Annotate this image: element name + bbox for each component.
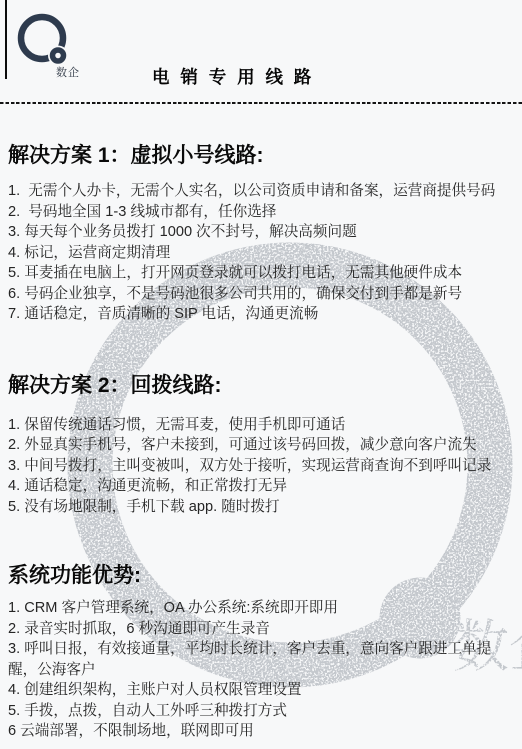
- list-item: 5. 耳麦插在电脑上，打开网页登录就可以拨打电话，无需其他硬件成本: [8, 263, 514, 284]
- list-item: 3. 呼叫日报，有效接通量，平均时长统计，客户去重，意向客户跟进工单提醒，公海客…: [8, 639, 514, 680]
- list-item: 4. 标记，运营商定期清理: [8, 243, 514, 264]
- section-system-features: 系统功能优势: 1. CRM 客户管理系统，OA 办公系统:系统即开即用2. 录…: [8, 564, 514, 742]
- header: 数企 电 销 专 用 线 路: [0, 0, 522, 102]
- document-page: 数企 数企 电 销 专 用 线 路 解决方案 1：虚拟小号线路: 1. 无需个人…: [0, 0, 522, 749]
- list-item: 6. 号码企业独享，不是号码池很多公司共用的，确保交付到手都是新号: [8, 284, 514, 305]
- section-solution-2: 解决方案 2：回拨线路: 1. 保留传统通话习惯，无需耳麦，使用手机即可通话2.…: [8, 374, 514, 518]
- logo-label: 数企: [56, 64, 80, 80]
- list-item: 3. 中间号拨打，主叫变被叫，双方处于接听，实现运营商查询不到呼叫记录: [8, 456, 514, 477]
- list-item: 5. 手拨，点拨，自动人工外呼三种拨打方式: [8, 701, 514, 722]
- list-item: 1. 无需个人办卡，无需个人实名，以公司资质申请和备案，运营商提供号码: [8, 181, 514, 202]
- list-item: 4. 通话稳定，沟通更流畅，和正常拨打无异: [8, 476, 514, 497]
- section-list: 1. 无需个人办卡，无需个人实名，以公司资质申请和备案，运营商提供号码2. 号码…: [8, 181, 514, 325]
- list-item: 2. 录音实时抓取，6 秒沟通即可产生录音: [8, 619, 514, 640]
- company-logo-icon: [14, 8, 76, 70]
- list-item: 6 云端部署，不限制场地，联网即可用: [8, 721, 514, 742]
- section-heading: 解决方案 1：虚拟小号线路:: [8, 144, 514, 168]
- list-item: 7. 通话稳定，音质清晰的 SIP 电话，沟通更流畅: [8, 304, 514, 325]
- content: 解决方案 1：虚拟小号线路: 1. 无需个人办卡，无需个人实名，以公司资质申请和…: [0, 144, 522, 742]
- page-title: 电 销 专 用 线 路: [152, 64, 314, 89]
- section-list: 1. CRM 客户管理系统，OA 办公系统:系统即开即用2. 录音实时抓取，6 …: [8, 598, 514, 742]
- list-item: 3. 每天每个业务员拨打 1000 次不封号，解决高频问题: [8, 222, 514, 243]
- list-item: 1. CRM 客户管理系统，OA 办公系统:系统即开即用: [8, 598, 514, 619]
- section-solution-1: 解决方案 1：虚拟小号线路: 1. 无需个人办卡，无需个人实名，以公司资质申请和…: [8, 144, 514, 325]
- list-item: 1. 保留传统通话习惯，无需耳麦，使用手机即可通话: [8, 415, 514, 436]
- list-item: 2. 外显真实手机号，客户未接到，可通过该号码回拨，减少意向客户流失: [8, 435, 514, 456]
- section-list: 1. 保留传统通话习惯，无需耳麦，使用手机即可通话2. 外显真实手机号，客户未接…: [8, 415, 514, 518]
- list-item: 2. 号码地全国 1-3 线城市都有，任你选择: [8, 202, 514, 223]
- dashed-divider: [0, 102, 522, 104]
- list-item: 5. 没有场地限制，手机下载 app. 随时拨打: [8, 497, 514, 518]
- section-heading: 解决方案 2：回拨线路:: [8, 374, 514, 398]
- list-item: 4. 创建组织架构，主账户对人员权限管理设置: [8, 680, 514, 701]
- left-edge-bar: [5, 0, 7, 79]
- section-heading: 系统功能优势:: [8, 564, 514, 588]
